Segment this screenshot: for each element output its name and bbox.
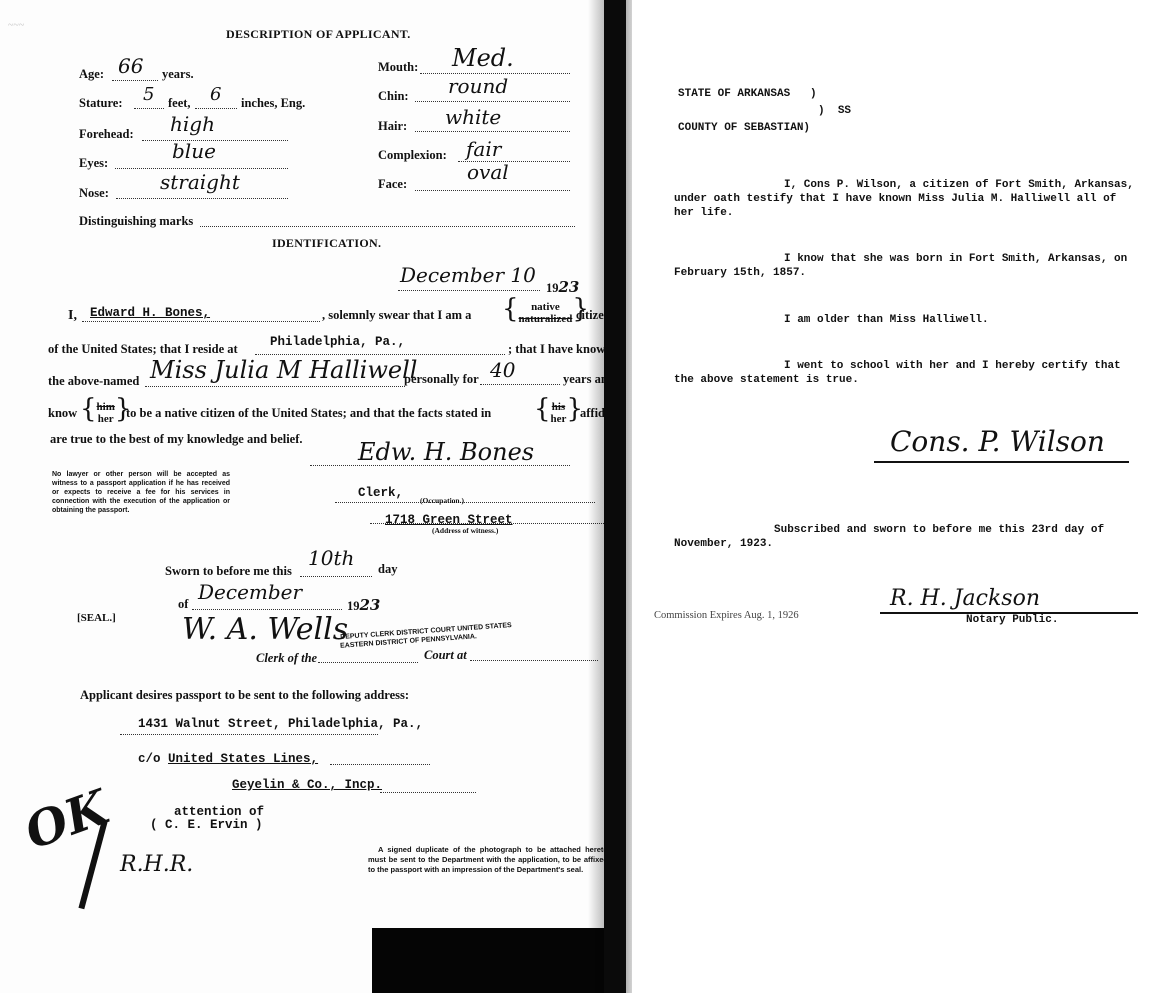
witness-name: Edward H. Bones, xyxy=(90,306,210,320)
venue-county-text: COUNTY OF SEBASTIAN xyxy=(678,122,803,134)
sworn-day-suffix: day xyxy=(378,562,397,577)
chin-label: Chin: xyxy=(378,89,409,104)
mailing-line3: Geyelin & Co., Incp. xyxy=(232,778,382,792)
mailing-line2: c/o United States Lines, xyxy=(138,752,318,766)
witness-signature: Edw. H. Bones xyxy=(358,438,534,466)
nose-label: Nose: xyxy=(79,186,109,201)
clerk-signature: W. A. Wells xyxy=(182,612,348,647)
line1-prefix: I, xyxy=(68,308,77,324)
eyes-value: blue xyxy=(172,139,216,163)
lawyer-notice: No lawyer or other person will be accept… xyxy=(52,470,230,515)
address-label: (Address of witness.) xyxy=(432,526,498,535)
sworn-year-suffix: 23 xyxy=(360,596,381,614)
mailing-line2-prefix: c/o xyxy=(138,752,161,766)
page-binding-gutter xyxy=(604,0,626,993)
forehead-value: high xyxy=(170,112,215,136)
age-suffix: years. xyxy=(162,67,194,82)
complexion-value: fair xyxy=(466,137,501,161)
sworn-year-prefix: 19 xyxy=(347,599,360,613)
hair-value: white xyxy=(445,105,501,129)
affidavit-paragraph-3: I am older than Miss Halliwell. xyxy=(784,314,989,326)
commission-expires: Commission Expires Aug. 1, 1926 xyxy=(654,610,799,621)
stature-inches: 6 xyxy=(210,84,221,105)
mailing-line5: ( C. E. Ervin ) xyxy=(150,818,263,832)
bleed-through-text: ~~~ xyxy=(8,20,24,31)
notary-label: Notary Public. xyxy=(966,614,1058,626)
jurat-line1: Subscribed and sworn to before me this 2… xyxy=(774,524,1104,536)
venue-state: STATE OF ARKANSAS ) xyxy=(678,88,817,100)
mailing-line2-value: United States Lines, xyxy=(168,752,318,766)
identification-date: December 10 xyxy=(400,263,536,287)
sworn-prefix: Sworn to before me this xyxy=(165,564,292,579)
venue-ss: ) SS xyxy=(818,105,851,117)
mouth-label: Mouth: xyxy=(378,60,418,75)
sworn-month: December xyxy=(198,580,302,604)
affidavit-paragraph-2: I know that she was born in Fort Smith, … xyxy=(674,252,1134,280)
line4-prefix: know xyxy=(48,406,77,421)
notary-signature: R. H. Jackson xyxy=(890,586,1040,611)
pronoun-choice-2: {hisher} xyxy=(534,396,583,425)
application-page: ~~~ DESCRIPTION OF APPLICANT. Age: 66 ye… xyxy=(0,0,612,993)
age-label: Age: xyxy=(79,67,104,82)
residence: Philadelphia, Pa., xyxy=(270,335,405,349)
affiant-signature-line xyxy=(874,461,1129,463)
mailing-line1: 1431 Walnut Street, Philadelphia, Pa., xyxy=(138,717,423,731)
nose-value: straight xyxy=(160,170,240,194)
line4-mid: to be a native citizen of the United Sta… xyxy=(126,406,491,421)
mailing-intro: Applicant desires passport to be sent to… xyxy=(80,688,409,703)
sworn-of: of xyxy=(178,597,188,612)
her-option: her xyxy=(98,413,114,425)
line3-prefix: the above-named xyxy=(48,374,139,389)
mouth-value: Med. xyxy=(452,44,514,72)
chin-value: round xyxy=(448,74,508,98)
him-option: him xyxy=(97,401,115,413)
inches-label: inches, Eng. xyxy=(241,96,305,111)
distinguishing-marks-label: Distinguishing marks xyxy=(79,214,193,229)
stature-feet: 5 xyxy=(143,84,154,105)
sworn-year: 1923 xyxy=(347,596,380,614)
face-value: oval xyxy=(467,160,509,184)
line5: are true to the best of my knowledge and… xyxy=(50,432,303,447)
affidavit-page: STATE OF ARKANSAS ) ) SS COUNTY OF SEBAS… xyxy=(632,0,1173,993)
occupation-value: Clerk, xyxy=(358,486,403,500)
his-option: his xyxy=(552,401,565,413)
applicant-name: Miss Julia M Halliwell xyxy=(150,356,417,384)
identification-title: IDENTIFICATION. xyxy=(272,236,381,251)
affidavit-paragraph-4: I went to school with her and I hereby c… xyxy=(674,359,1134,387)
line3-mid: personally for xyxy=(404,372,479,387)
naturalized-option: naturalized xyxy=(519,313,573,325)
initials-mark: R.H.R. xyxy=(120,852,193,877)
forehead-label: Forehead: xyxy=(79,127,134,142)
years-known: 40 xyxy=(490,358,515,382)
native-option: native xyxy=(531,301,560,313)
mailing-line4: attention of xyxy=(174,805,264,819)
eyes-label: Eyes: xyxy=(79,156,108,171)
hair-label: Hair: xyxy=(378,119,407,134)
complexion-label: Complexion: xyxy=(378,148,447,163)
feet-label: feet, xyxy=(168,96,191,111)
stature-label: Stature: xyxy=(79,96,123,111)
year-prefix: 19 xyxy=(546,281,559,295)
age-value: 66 xyxy=(118,54,143,78)
description-title: DESCRIPTION OF APPLICANT. xyxy=(226,27,411,42)
sworn-day: 10th xyxy=(308,546,354,570)
occupation-label: (Occupation.) xyxy=(420,496,464,505)
jurat-line2: November, 1923. xyxy=(674,538,773,550)
seal-label: [SEAL.] xyxy=(77,612,116,624)
dark-scan-area xyxy=(372,928,622,993)
her-option-2: her xyxy=(551,413,567,425)
line1-mid: , solemnly swear that I am a xyxy=(322,308,471,323)
affidavit-paragraph-1: I, Cons P. Wilson, a citizen of Fort Smi… xyxy=(674,178,1134,220)
venue-state-text: STATE OF ARKANSAS xyxy=(678,88,790,100)
pronoun-choice-1: {himher} xyxy=(80,396,131,425)
venue-county: COUNTY OF SEBASTIAN) xyxy=(678,122,810,134)
page-gutter-shadow xyxy=(588,0,604,993)
court-at: Court at xyxy=(424,648,467,663)
witness-address: 1718 Green Street xyxy=(385,513,513,527)
clerk-of-the: Clerk of the xyxy=(256,651,317,666)
photo-notice: A signed duplicate of the photograph to … xyxy=(368,845,608,875)
face-label: Face: xyxy=(378,177,407,192)
venue-ss-text: SS xyxy=(838,105,851,117)
line2-prefix: of the United States; that I reside at xyxy=(48,342,238,357)
affiant-signature: Cons. P. Wilson xyxy=(890,425,1105,458)
